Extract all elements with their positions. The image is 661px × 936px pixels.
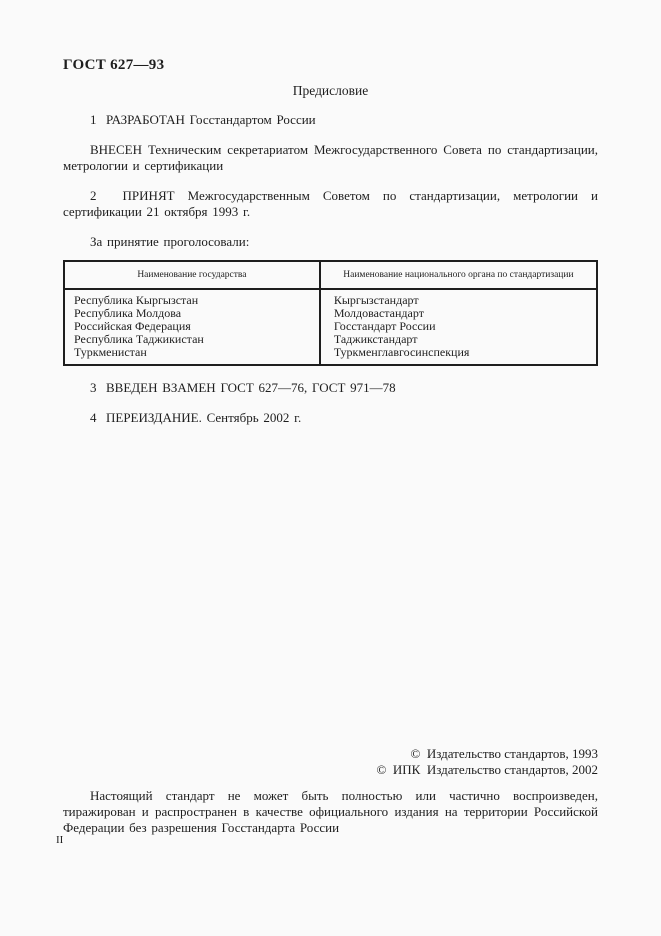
vote-table-body: Республика Кыргызстан Кыргызстандарт Рес… xyxy=(64,289,597,365)
vote-table: Наименование государства Наименование на… xyxy=(63,260,598,366)
cell-state: Республика Кыргызстан xyxy=(64,289,320,307)
table-header-body: Наименование национального органа по ста… xyxy=(320,261,597,289)
preface-item-4: 4 ПЕРЕИЗДАНИЕ. Сентябрь 2002 г. xyxy=(63,410,598,426)
table-header-state: Наименование государства xyxy=(64,261,320,289)
cell-agency: Кыргызстандарт xyxy=(320,289,597,307)
page-number: II xyxy=(56,834,63,846)
vote-table-head: Наименование государства Наименование на… xyxy=(64,261,597,289)
copyright-line-2002: © ИПК Издательство стандартов, 2002 xyxy=(377,762,598,778)
reproduction-notice: Настоящий стандарт не может быть полност… xyxy=(63,788,598,836)
preface-title: Предисловие xyxy=(63,83,598,98)
table-row: Туркменистан Туркменглавгосинспекция xyxy=(64,346,597,365)
copyright-block: © Издательство стандартов, 1993 © ИПК Из… xyxy=(377,746,598,778)
cell-state: Туркменистан xyxy=(64,346,320,365)
vote-intro: За принятие проголосовали: xyxy=(63,234,598,250)
table-row: Республика Кыргызстан Кыргызстандарт xyxy=(64,289,597,307)
preface-item-1-submitted: ВНЕСЕН Техническим секретариатом Межгосу… xyxy=(63,142,598,174)
copyright-line-1993: © Издательство стандартов, 1993 xyxy=(377,746,598,762)
preface-item-3: 3 ВВЕДЕН ВЗАМЕН ГОСТ 627—76, ГОСТ 971—78 xyxy=(63,380,598,396)
doc-code: ГОСТ 627—93 xyxy=(63,57,598,73)
table-header-row: Наименование государства Наименование на… xyxy=(64,261,597,289)
document-page: ГОСТ 627—93 Предисловие 1 РАЗРАБОТАН Гос… xyxy=(0,0,661,936)
cell-agency: Туркменглавгосинспекция xyxy=(320,346,597,365)
preface-item-2: 2 ПРИНЯТ Межгосударственным Советом по с… xyxy=(63,188,598,220)
preface-item-1: 1 РАЗРАБОТАН Госстандартом России xyxy=(63,112,598,128)
